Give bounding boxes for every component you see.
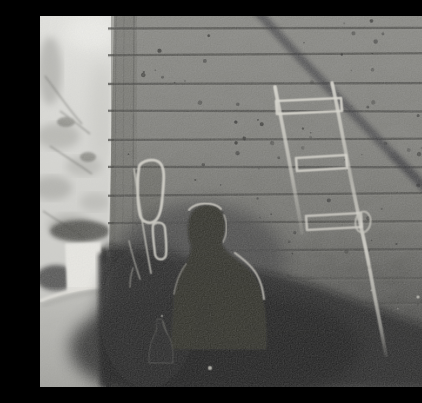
film-grain [40,16,422,387]
photograph [40,16,422,387]
photo-canvas [40,16,422,387]
